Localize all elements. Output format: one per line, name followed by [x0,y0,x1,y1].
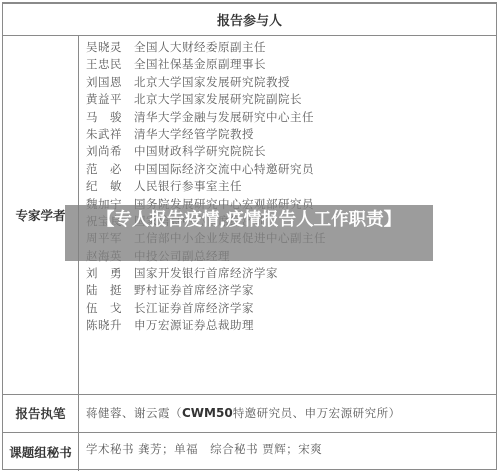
authors-org-code: CWM50 [182,406,233,420]
expert-position: 长江证券首席经济学家 [134,300,254,317]
authors-affiliation: 特邀研究员、申万宏源研究所） [233,405,401,421]
authors-label: 报告执笔 [3,394,79,432]
expert-name: 黄益平 [86,91,134,108]
expert-row: 王忠民全国社保基金原副理事长 [86,56,496,73]
expert-position: 人民银行参事室主任 [134,178,242,195]
table-title: 报告参与人 [3,3,496,36]
expert-name: 王忠民 [86,56,134,73]
expert-position: 北京大学国家发展研究院教授 [134,74,290,91]
expert-name: 范 必 [86,161,134,178]
expert-row: 陆 挺野村证券首席经济学家 [86,282,496,299]
expert-position: 清华大学金融与发展研究中心主任 [134,109,314,126]
caption-overlay: 【专人报告疫情,疫情报告人工作职责】 [65,205,433,261]
expert-name: 刘 勇 [86,265,134,282]
expert-row: 纪 敏人民银行参事室主任 [86,178,496,195]
expert-row: 马 骏清华大学金融与发展研究中心主任 [86,109,496,126]
expert-position: 申万宏源证券总裁助理 [134,317,254,334]
expert-name: 陆 挺 [86,282,134,299]
expert-position: 全国社保基金原副理事长 [134,56,266,73]
expert-name: 纪 敏 [86,178,134,195]
expert-row: 陈晓升申万宏源证券总裁助理 [86,317,496,334]
expert-position: 国家开发银行首席经济学家 [134,265,278,282]
expert-position: 北京大学国家发展研究院副院长 [134,91,302,108]
secretaries-value: 学术秘书 龚芳；单福 综合秘书 贾辉；宋爽 [79,432,496,471]
expert-row: 朱武祥清华大学经管学院教授 [86,126,496,143]
secretaries-label: 课题组秘书 [3,432,79,471]
expert-row: 刘尚希中国财政科学研究院院长 [86,143,496,160]
expert-row: 黄益平北京大学国家发展研究院副院长 [86,91,496,108]
expert-row: 刘国恩北京大学国家发展研究院教授 [86,74,496,91]
expert-row: 范 必中国国际经济交流中心特邀研究员 [86,161,496,178]
authors-value: 蒋健蓉、谢云霞（CWM50 特邀研究员、申万宏源研究所） [79,394,496,432]
expert-position: 清华大学经管学院教授 [134,126,254,143]
expert-name: 刘尚希 [86,143,134,160]
expert-name: 马 骏 [86,109,134,126]
expert-name: 伍 戈 [86,300,134,317]
authors-names: 蒋健蓉、谢云霞（ [86,405,182,421]
expert-list: 吴晓灵全国人大财经委原副主任王忠民全国社保基金原副理事长刘国恩北京大学国家发展研… [79,35,496,335]
expert-row: 刘 勇国家开发银行首席经济学家 [86,265,496,282]
expert-name: 朱武祥 [86,126,134,143]
expert-row: 吴晓灵全国人大财经委原副主任 [86,39,496,56]
expert-position: 中国国际经济交流中心特邀研究员 [134,161,314,178]
expert-position: 中国财政科学研究院院长 [134,143,266,160]
expert-row: 伍 戈长江证券首席经济学家 [86,300,496,317]
expert-name: 刘国恩 [86,74,134,91]
expert-name: 陈晓升 [86,317,134,334]
expert-position: 全国人大财经委原副主任 [134,39,266,56]
expert-position: 野村证券首席经济学家 [134,282,254,299]
expert-name: 吴晓灵 [86,39,134,56]
